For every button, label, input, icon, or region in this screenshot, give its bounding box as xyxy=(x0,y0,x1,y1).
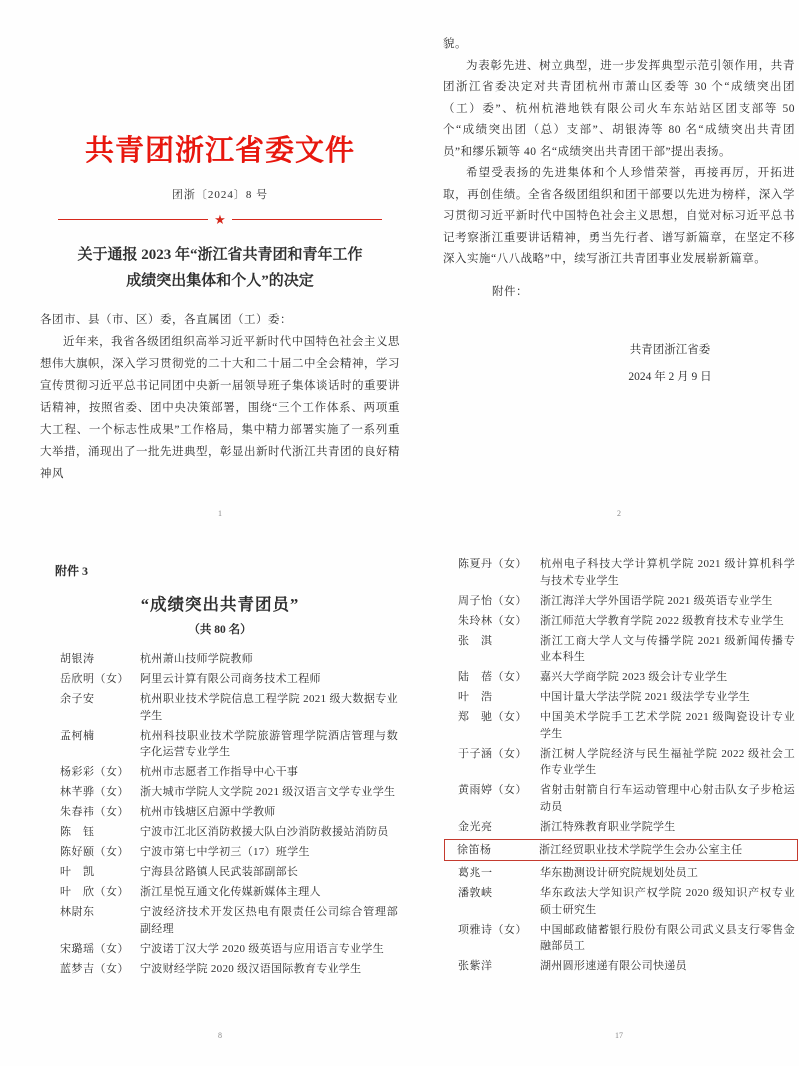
list-item: 葛兆一 华东勘测设计研究院规划处员工 xyxy=(458,865,795,882)
member-description: 浙大城市学院人文学院 2021 级汉语言文学专业学生 xyxy=(140,784,398,801)
member-name: 陈 钰 xyxy=(60,824,140,841)
member-description: 浙江海洋大学外国语学院 2021 级英语专业学生 xyxy=(540,593,795,610)
member-description: 浙江树人学院经济与民生福祉学院 2022 级社会工作专业学生 xyxy=(540,746,795,779)
paragraph: 为表彰先进、树立典型，进一步发挥典型示范引领作用，共青团浙江省委决定对共青团杭州… xyxy=(443,56,795,164)
star-icon: ★ xyxy=(208,213,232,226)
page2-body: 貌。 为表彰先进、树立典型，进一步发挥典型示范引领作用，共青团浙江省委决定对共青… xyxy=(443,34,795,271)
star-divider: ★ xyxy=(58,213,382,226)
member-description: 杭州职业技术学院信息工程学院 2021 级大数据专业学生 xyxy=(140,691,398,724)
document-title: 关于通报 2023 年“浙江省共青团和青年工作 成绩突出集体和个人”的决定 xyxy=(40,242,400,294)
member-name: 于子涵（女） xyxy=(458,746,540,779)
doc-number: 团浙〔2024〕8 号 xyxy=(40,186,400,202)
divider-line-right xyxy=(232,219,382,220)
member-name: 周子怡（女） xyxy=(458,593,540,610)
list-item: 孟柯楠 杭州科技职业技术学院旅游管理学院酒店管理与数字化运营专业学生 xyxy=(60,728,398,761)
member-name: 孟柯楠 xyxy=(60,728,140,761)
member-list: 胡银涛 杭州萧山技师学院教师 岳欣明（女） 阿里云计算有限公司商务技术工程师 余… xyxy=(60,651,398,977)
member-name: 陈夏丹（女） xyxy=(458,556,540,589)
signature: 共青团浙江省委 xyxy=(599,337,741,364)
list-item: 金光亮 浙江特殊教育职业学院学生 xyxy=(458,819,795,836)
member-list-title: “成绩突出共青团员” xyxy=(40,591,400,615)
page-number: 17 xyxy=(443,1031,795,1040)
member-description: 宁波诺丁汉大学 2020 级英语与应用语言专业学生 xyxy=(140,941,398,958)
member-name: 徐笛杨 xyxy=(457,842,539,859)
page-3: 附件 3 “成绩突出共青团员” （共 80 名） 胡银涛 杭州萧山技师学院教师 … xyxy=(40,562,400,1040)
page-2: 貌。 为表彰先进、树立典型，进一步发挥典型示范引领作用，共青团浙江省委决定对共青… xyxy=(443,34,795,518)
list-item: 蓝梦吉（女） 宁波财经学院 2020 级汉语国际教育专业学生 xyxy=(60,961,398,978)
list-item: 林芊骅（女） 浙大城市学院人文学院 2021 级汉语言文学专业学生 xyxy=(60,784,398,801)
member-description: 杭州科技职业技术学院旅游管理学院酒店管理与数字化运营专业学生 xyxy=(140,728,398,761)
member-description: 嘉兴大学商学院 2023 级会计专业学生 xyxy=(540,669,795,686)
page-number: 2 xyxy=(443,509,795,518)
member-name: 杨彩彩（女） xyxy=(60,764,140,781)
member-description: 阿里云计算有限公司商务技术工程师 xyxy=(140,671,398,688)
paragraph: 近年来，我省各级团组织高举习近平新时代中国特色社会主义思想伟大旗帜，深入学习贯彻… xyxy=(40,331,400,485)
member-name: 叶 凯 xyxy=(60,864,140,881)
paragraph: 希望受表扬的先进集体和个人珍惜荣誉，再接再厉，开拓进取，再创佳绩。全省各级团组织… xyxy=(443,163,795,271)
signature-date: 2024 年 2 月 9 日 xyxy=(599,364,741,391)
page-number: 1 xyxy=(40,509,400,518)
list-item: 朱春祎（女） 杭州市钱塘区启源中学教师 xyxy=(60,804,398,821)
list-item: 张紫洋 湖州圆形速递有限公司快递员 xyxy=(458,958,795,975)
list-item: 林尉东 宁波经济技术开发区热电有限责任公司综合管理部副经理 xyxy=(60,904,398,937)
member-list-count: （共 80 名） xyxy=(40,621,400,637)
member-name: 潘敦峡 xyxy=(458,885,540,918)
member-name: 郑 驰（女） xyxy=(458,709,540,742)
list-item: 朱玲林（女） 浙江师范大学教育学院 2022 级教育技术专业学生 xyxy=(458,613,795,630)
document-scan: 共青团浙江省委文件 团浙〔2024〕8 号 ★ 关于通报 2023 年“浙江省共… xyxy=(0,0,799,1066)
list-item: 郑 驰（女） 中国美术学院手工艺术学院 2021 级陶瓷设计专业学生 xyxy=(458,709,795,742)
member-description: 华东勘测设计研究院规划处员工 xyxy=(540,865,795,882)
list-item: 周子怡（女） 浙江海洋大学外国语学院 2021 级英语专业学生 xyxy=(458,593,795,610)
member-description: 中国邮政储蓄银行股份有限公司武义县支行零售金融部员工 xyxy=(540,922,795,955)
list-item: 陈 钰 宁波市江北区消防救援大队白沙消防救援站消防员 xyxy=(60,824,398,841)
member-name: 朱玲林（女） xyxy=(458,613,540,630)
member-name: 蓝梦吉（女） xyxy=(60,961,140,978)
member-description: 宁波经济技术开发区热电有限责任公司综合管理部副经理 xyxy=(140,904,398,937)
continuation-text: 貌。 xyxy=(443,34,795,56)
member-description: 中国计量大学法学院 2021 级法学专业学生 xyxy=(540,689,795,706)
list-item: 陈好颐（女） 宁波市第七中学初三（17）班学生 xyxy=(60,844,398,861)
page-number: 8 xyxy=(40,1031,400,1040)
salutation: 各团市、县（市、区）委，各直属团（工）委： xyxy=(40,309,400,331)
masthead-title: 共青团浙江省委文件 xyxy=(40,128,400,169)
member-name: 金光亮 xyxy=(458,819,540,836)
member-name: 叶 欣（女） xyxy=(60,884,140,901)
list-item: 叶 凯 宁海县岔路镇人民武装部副部长 xyxy=(60,864,398,881)
member-description: 宁海县岔路镇人民武装部副部长 xyxy=(140,864,398,881)
document-title-line1: 关于通报 2023 年“浙江省共青团和青年工作 xyxy=(77,247,362,263)
list-item: 于子涵（女） 浙江树人学院经济与民生福祉学院 2022 级社会工作专业学生 xyxy=(458,746,795,779)
member-description: 华东政法大学知识产权学院 2020 级知识产权专业硕士研究生 xyxy=(540,885,795,918)
member-description: 杭州萧山技师学院教师 xyxy=(140,651,398,668)
list-item-highlighted: 徐笛杨 浙江经贸职业技术学院学生会办公室主任 xyxy=(444,839,798,862)
member-description: 宁波财经学院 2020 级汉语国际教育专业学生 xyxy=(140,961,398,978)
page-4: 陈夏丹（女） 杭州电子科技大学计算机学院 2021 级计算机科学与技术专业学生 … xyxy=(443,556,795,1040)
member-description: 浙江经贸职业技术学院学生会办公室主任 xyxy=(539,842,794,859)
attachments-label: 附件： xyxy=(492,282,528,304)
member-description: 杭州电子科技大学计算机学院 2021 级计算机科学与技术专业学生 xyxy=(540,556,795,589)
page-1: 共青团浙江省委文件 团浙〔2024〕8 号 ★ 关于通报 2023 年“浙江省共… xyxy=(40,40,400,518)
member-description: 宁波市第七中学初三（17）班学生 xyxy=(140,844,398,861)
divider-line-left xyxy=(58,219,208,220)
member-name: 葛兆一 xyxy=(458,865,540,882)
attachment-3-label: 附件 3 xyxy=(40,562,400,579)
member-name: 项雅诗（女） xyxy=(458,922,540,955)
member-name: 林芊骅（女） xyxy=(60,784,140,801)
member-description: 省射击射箭自行车运动管理中心射击队女子步枪运动员 xyxy=(540,782,795,815)
member-name: 黄雨婷（女） xyxy=(458,782,540,815)
member-name: 林尉东 xyxy=(60,904,140,937)
member-name: 叶 浩 xyxy=(458,689,540,706)
member-description: 浙江星悦互通文化传媒新媒体主理人 xyxy=(140,884,398,901)
signature-block: 共青团浙江省委 2024 年 2 月 9 日 xyxy=(599,337,741,391)
list-item: 宋璐瑶（女） 宁波诺丁汉大学 2020 级英语与应用语言专业学生 xyxy=(60,941,398,958)
list-item: 岳欣明（女） 阿里云计算有限公司商务技术工程师 xyxy=(60,671,398,688)
list-item: 胡银涛 杭州萧山技师学院教师 xyxy=(60,651,398,668)
list-item: 余子安 杭州职业技术学院信息工程学院 2021 级大数据专业学生 xyxy=(60,691,398,724)
member-name: 张紫洋 xyxy=(458,958,540,975)
member-name: 岳欣明（女） xyxy=(60,671,140,688)
list-item: 陆 蓓（女） 嘉兴大学商学院 2023 级会计专业学生 xyxy=(458,669,795,686)
list-item: 潘敦峡 华东政法大学知识产权学院 2020 级知识产权专业硕士研究生 xyxy=(458,885,795,918)
member-name: 宋璐瑶（女） xyxy=(60,941,140,958)
list-item: 杨彩彩（女） 杭州市志愿者工作指导中心干事 xyxy=(60,764,398,781)
member-name: 余子安 xyxy=(60,691,140,724)
member-name: 胡银涛 xyxy=(60,651,140,668)
member-description: 浙江工商大学人文与传播学院 2021 级新闻传播专业本科生 xyxy=(540,633,795,666)
member-description: 杭州市志愿者工作指导中心干事 xyxy=(140,764,398,781)
attachments-block: 附件： xyxy=(492,282,795,304)
member-name: 张 淇 xyxy=(458,633,540,666)
member-description: 宁波市江北区消防救援大队白沙消防救援站消防员 xyxy=(140,824,398,841)
member-list: 陈夏丹（女） 杭州电子科技大学计算机学院 2021 级计算机科学与技术专业学生 … xyxy=(458,556,795,975)
member-name: 朱春祎（女） xyxy=(60,804,140,821)
member-description: 浙江特殊教育职业学院学生 xyxy=(540,819,795,836)
member-description: 浙江师范大学教育学院 2022 级教育技术专业学生 xyxy=(540,613,795,630)
list-item: 叶 浩 中国计量大学法学院 2021 级法学专业学生 xyxy=(458,689,795,706)
page1-body: 各团市、县（市、区）委，各直属团（工）委： 近年来，我省各级团组织高举习近平新时… xyxy=(40,309,400,485)
list-item: 叶 欣（女） 浙江星悦互通文化传媒新媒体主理人 xyxy=(60,884,398,901)
member-name: 陆 蓓（女） xyxy=(458,669,540,686)
list-item: 黄雨婷（女） 省射击射箭自行车运动管理中心射击队女子步枪运动员 xyxy=(458,782,795,815)
list-item: 张 淇 浙江工商大学人文与传播学院 2021 级新闻传播专业本科生 xyxy=(458,633,795,666)
member-description: 杭州市钱塘区启源中学教师 xyxy=(140,804,398,821)
member-description: 中国美术学院手工艺术学院 2021 级陶瓷设计专业学生 xyxy=(540,709,795,742)
list-item: 陈夏丹（女） 杭州电子科技大学计算机学院 2021 级计算机科学与技术专业学生 xyxy=(458,556,795,589)
member-name: 陈好颐（女） xyxy=(60,844,140,861)
member-description: 湖州圆形速递有限公司快递员 xyxy=(540,958,795,975)
list-item: 项雅诗（女） 中国邮政储蓄银行股份有限公司武义县支行零售金融部员工 xyxy=(458,922,795,955)
document-title-line2: 成绩突出集体和个人”的决定 xyxy=(126,273,314,289)
